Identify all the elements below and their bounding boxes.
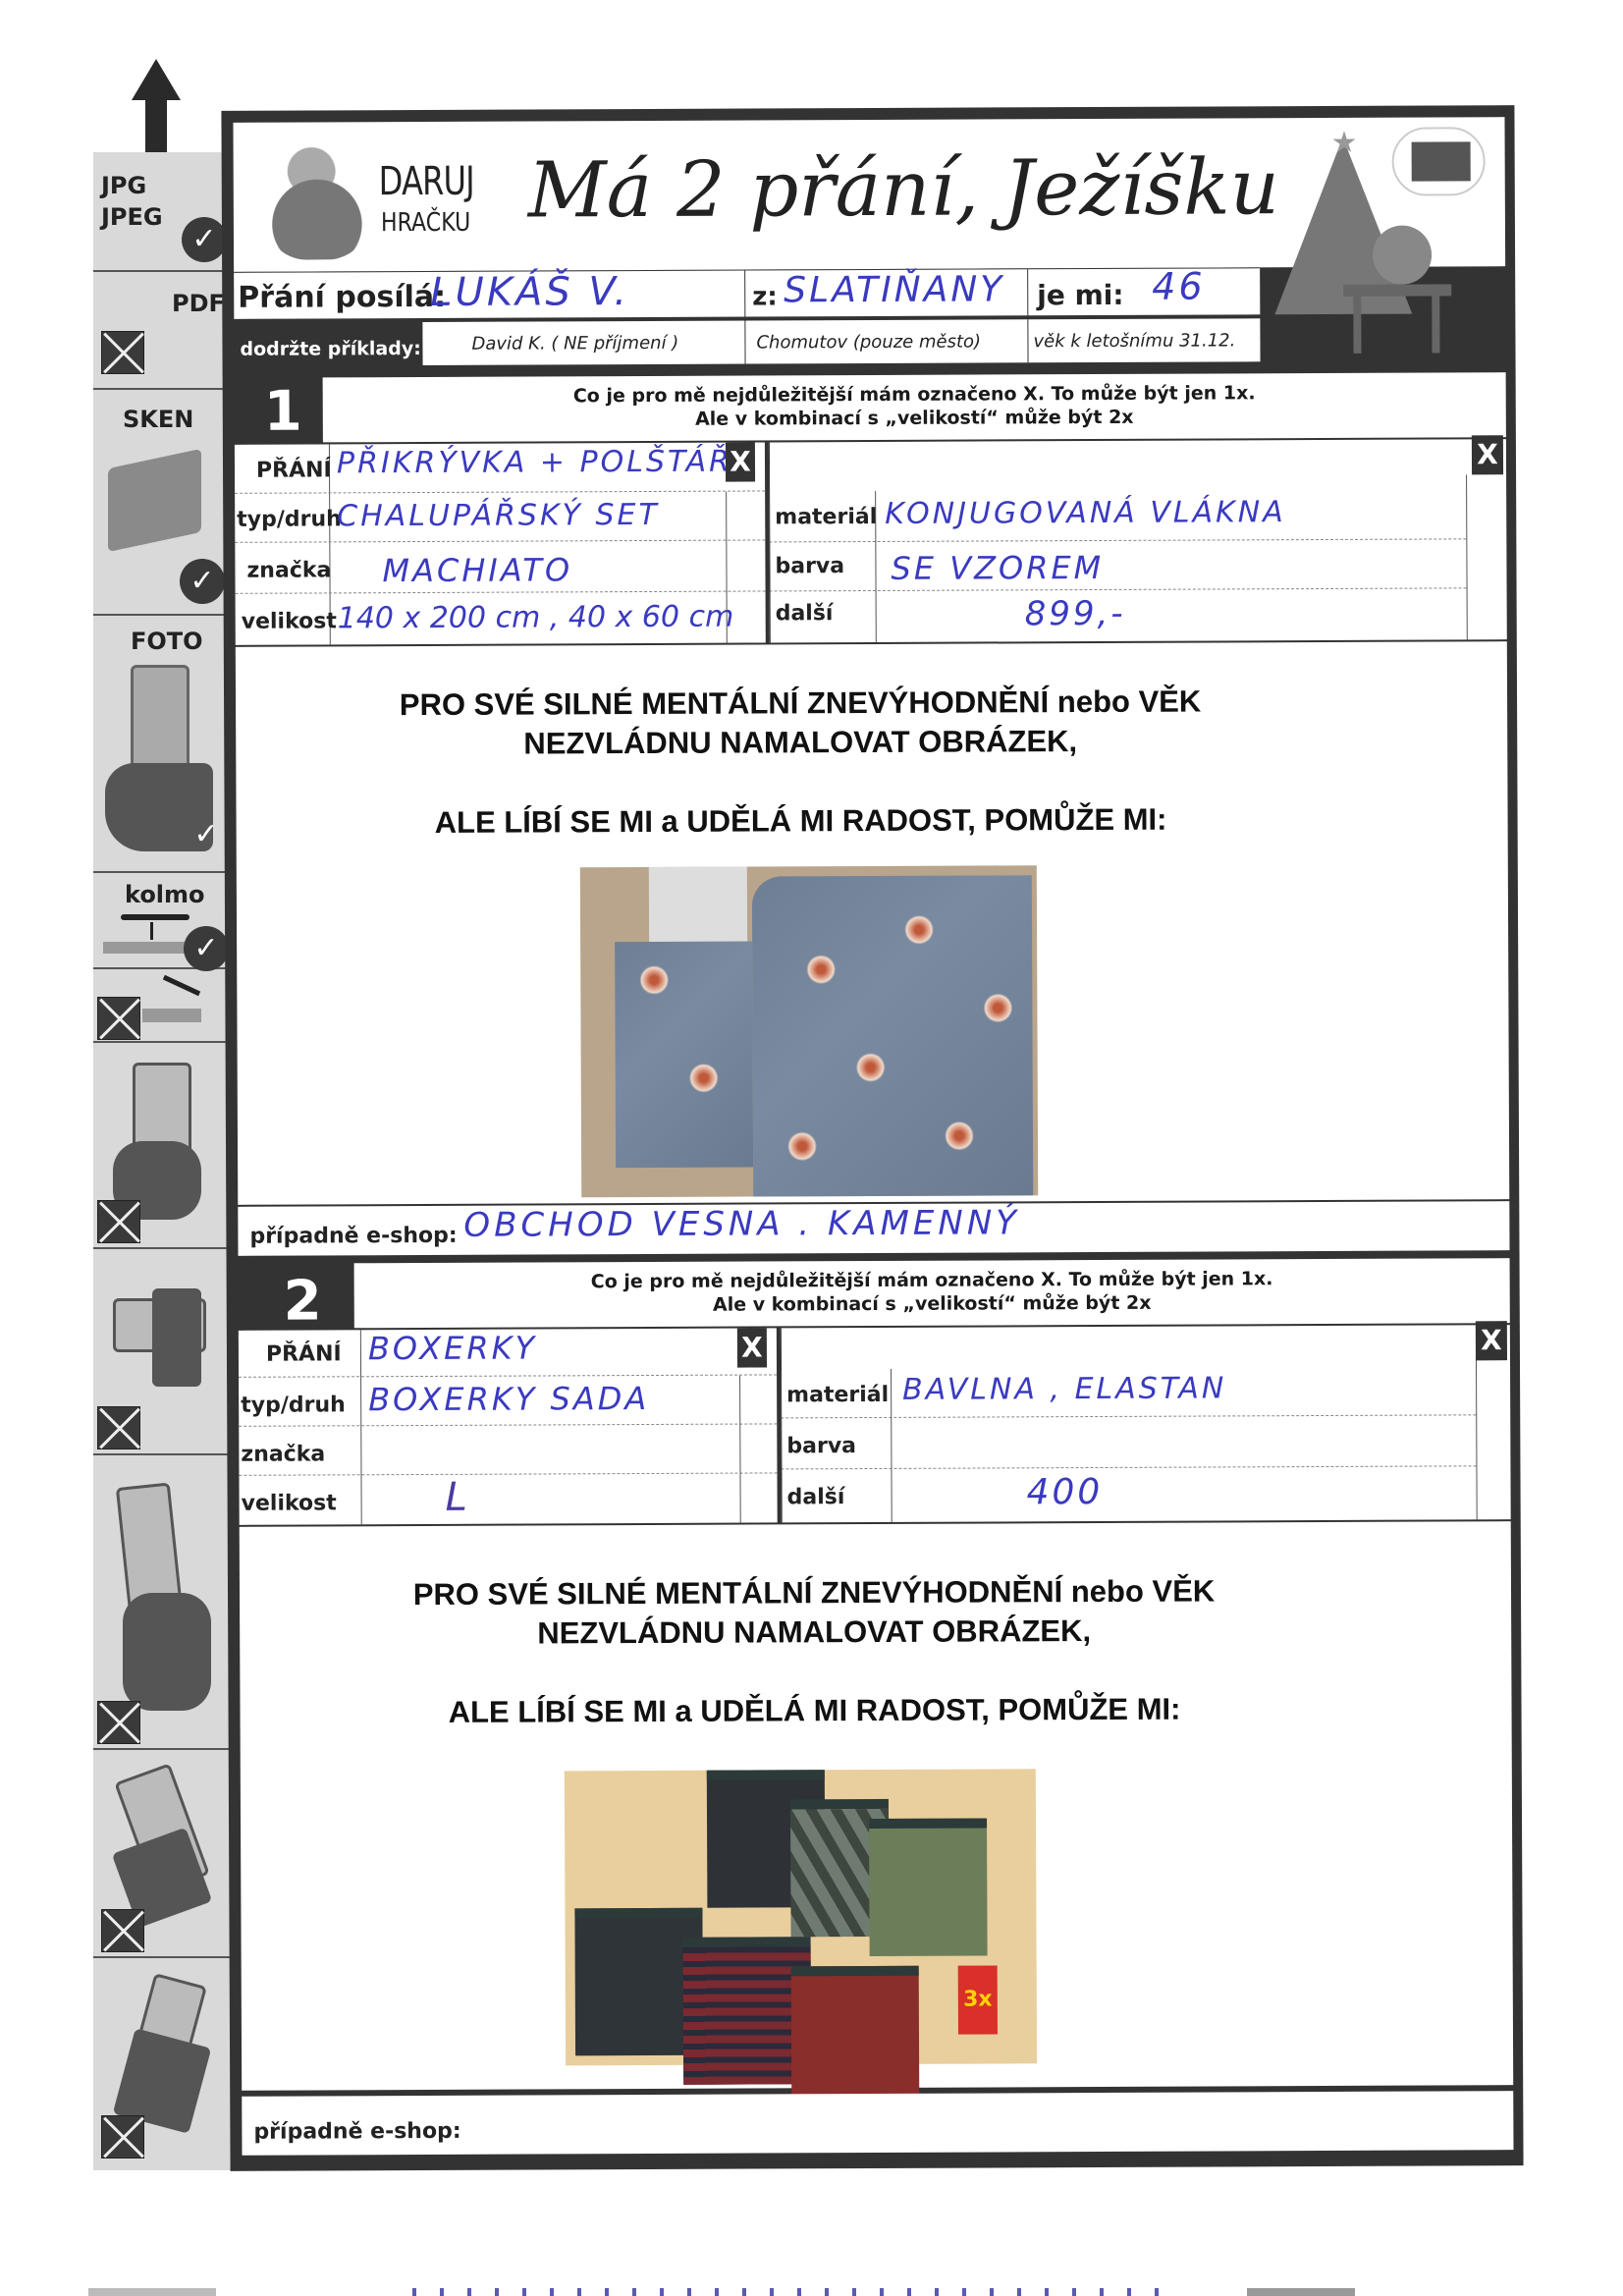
scanner-icon <box>108 449 201 552</box>
hand-icon <box>152 1288 201 1387</box>
sidebar-sken: SKEN ✓ <box>93 390 236 616</box>
up-arrow-icon <box>132 59 181 100</box>
wish-1: 1 Co je pro mě nejdůležitější mám označe… <box>223 370 1520 1260</box>
page-title: Má 2 přání, Ježíšku <box>528 143 1279 235</box>
dalsi-label: další <box>776 601 834 626</box>
sender-name-field[interactable]: LUKÁŠ V. <box>430 269 629 315</box>
wish-table-left: PŘÁNÍ BOXERKY typ/druh BOXERKY SADA znač… <box>239 1328 778 1524</box>
wish-number: 1 <box>264 380 302 444</box>
header-area: DARUJ HRAČKU Má 2 přání, Ježíšku ★ <box>233 117 1505 272</box>
wish-2-image-area: PRO SVÉ SILNÉ MENTÁLNÍ ZNEVÝHODNĚNÍ nebo… <box>240 1521 1513 2091</box>
velikost-label: velikost <box>242 609 337 633</box>
typ-field[interactable]: BOXERKY SADA <box>368 1380 649 1418</box>
logo-daruj: DARUJ <box>379 159 474 204</box>
star-icon: ★ <box>1331 126 1358 160</box>
sidebar-tilted-3 <box>93 1958 236 2170</box>
row-dalsi: další 899,- <box>770 588 1467 642</box>
statement: PRO SVÉ SILNÉ MENTÁLNÍ ZNEVÝHODNĚNÍ nebo… <box>249 1571 1380 1733</box>
eshop-label: případně e-shop: <box>253 2119 460 2145</box>
row-znacka: značka MACHIATO <box>235 540 765 593</box>
example-name: David K. ( NE příjmení ) <box>471 333 678 355</box>
child-icon <box>1373 226 1432 285</box>
christmas-tree-illustration: ★ <box>1264 117 1505 363</box>
instruction-line2: Ale v kombinací s „velikostí“ může být 2… <box>323 404 1506 432</box>
sidebar-tilted-1 <box>93 1455 236 1750</box>
desk-leg <box>1353 295 1361 354</box>
quantity-badge: 3x <box>958 1965 998 2034</box>
cross-icon <box>101 331 144 374</box>
prani-label: PŘÁNÍ <box>256 458 332 482</box>
instruction-line2: Ale v kombinací s „velikostí“ může být 2… <box>354 1289 1510 1318</box>
sidebar-kolmo: kolmo ✓ <box>93 873 236 969</box>
statement-line1: PRO SVÉ SILNÉ MENTÁLNÍ ZNEVÝHODNĚNÍ nebo… <box>236 682 1365 726</box>
cross-icon <box>97 997 140 1040</box>
hand-icon <box>123 1593 211 1711</box>
statement-line2: NEZVLÁDNU NAMALOVAT OBRÁZEK, <box>236 721 1365 765</box>
check-icon: ✓ <box>182 217 227 262</box>
priority-x-left[interactable]: X <box>737 1328 767 1367</box>
row-barva: barva SE VZOREM <box>769 539 1466 591</box>
statement-line2: NEZVLÁDNU NAMALOVAT OBRÁZEK, <box>249 1611 1379 1655</box>
statement-line3: ALE LÍBÍ SE MI a UDĚLÁ MI RADOST, POMŮŽE… <box>237 799 1366 844</box>
sidebar-pdf: PDF <box>93 272 236 390</box>
velikost-label: velikost <box>242 1491 337 1515</box>
statement-line3: ALE LÍBÍ SE MI a UDĚLÁ MI RADOST, POMŮŽE… <box>249 1689 1379 1733</box>
white-pillow <box>649 867 747 946</box>
wish-instruction: Co je pro mě nejdůležitější mám označeno… <box>354 1258 1510 1328</box>
divider <box>1027 319 1028 362</box>
divider <box>1027 269 1028 316</box>
statement: PRO SVÉ SILNÉ MENTÁLNÍ ZNEVÝHODNĚNÍ nebo… <box>236 682 1366 844</box>
flower <box>787 1131 817 1161</box>
cross-icon <box>101 1909 144 1952</box>
check-icon: ✓ <box>180 559 225 604</box>
up-arrow-stem <box>145 98 167 159</box>
typ-label: typ/druh <box>241 1393 346 1417</box>
eshop-field[interactable]: OBCHOD VESNA . KAMENNÝ <box>463 1203 1020 1244</box>
flower <box>689 1064 719 1093</box>
examples-row: dodržte příklady: David K. ( NE příjmení… <box>234 316 1260 372</box>
logo-hracku: HRAČKU <box>381 208 470 238</box>
row-znacka: značka <box>239 1424 777 1475</box>
city-field[interactable]: SLATIŇANY <box>784 269 1004 310</box>
check-icon: ✓ <box>184 812 229 857</box>
znacka-field[interactable]: MACHIATO <box>382 551 572 589</box>
duvet-photo <box>580 865 1038 1197</box>
cross-icon <box>101 2115 144 2159</box>
flower <box>945 1121 974 1151</box>
age-field[interactable]: 46 <box>1152 265 1206 308</box>
wish-number: 2 <box>284 1269 322 1333</box>
dalsi-field[interactable]: 899,- <box>1025 594 1126 633</box>
flower <box>904 915 934 945</box>
format-sidebar: JPG JPEG ✓ PDF SKEN ✓ FOTO ✓ kolmo ✓ <box>93 152 236 2170</box>
boxers-photo: 3x <box>565 1769 1037 2065</box>
row-prani: PŘÁNÍ BOXERKY <box>239 1328 777 1377</box>
boxer-green <box>869 1818 988 1956</box>
typ-label: typ/druh <box>237 507 342 531</box>
priority-x-right[interactable]: X <box>1476 1321 1507 1360</box>
row-barva: barva <box>781 1415 1476 1469</box>
example-age: věk k letošnímu 31.12. <box>1033 330 1235 352</box>
eshop-label: případně e-shop: <box>249 1224 457 1249</box>
barva-field[interactable]: SE VZOREM <box>891 549 1104 587</box>
down-arrow-icon <box>150 922 153 940</box>
angled-camera-icon <box>163 975 200 996</box>
santa-logo-icon <box>263 141 372 259</box>
floral-pillow <box>615 942 753 1169</box>
wish-table-left: PŘÁNÍ PŘIKRÝVKA + POLŠTÁŘ typ/druh CHALU… <box>235 442 766 644</box>
wish-instruction: Co je pro mě nejdůležitější mám označeno… <box>323 372 1506 442</box>
sender-row: Přání posílá: LUKÁŠ V. z: SLATIŇANY je m… <box>234 267 1260 319</box>
prani-field[interactable]: PŘIKRÝVKA + POLŠTÁŘ <box>337 445 732 481</box>
sidebar-landscape <box>93 1249 236 1455</box>
typ-field[interactable]: CHALUPÁŘSKÝ SET <box>337 498 660 533</box>
divider <box>744 271 745 318</box>
flower <box>806 955 836 984</box>
sidebar-tilted-2 <box>93 1750 236 1958</box>
flower <box>856 1053 886 1082</box>
divider <box>1476 1354 1478 1519</box>
statement-line1: PRO SVÉ SILNÉ MENTÁLNÍ ZNEVÝHODNĚNÍ nebo… <box>249 1571 1379 1615</box>
wish-1-image-area: PRO SVÉ SILNÉ MENTÁLNÍ ZNEVÝHODNĚNÍ nebo… <box>236 641 1509 1205</box>
velikost-field[interactable]: 140 x 200 cm , 40 x 60 cm <box>338 600 734 636</box>
cross-icon <box>97 1200 140 1243</box>
cross-icon <box>97 1406 140 1449</box>
row-velikost: velikost L <box>239 1473 777 1524</box>
material-field[interactable]: KONJUGOVANÁ VLÁKNA <box>885 495 1286 531</box>
wish-table-right: materiál BAVLNA , ELASTAN barva další 40… <box>781 1325 1511 1522</box>
wish-2-eshop-row: případně e-shop: <box>242 2091 1513 2156</box>
priority-x-left[interactable]: X <box>726 443 755 482</box>
velikost-field[interactable]: L <box>445 1475 469 1520</box>
desk-leg <box>1432 294 1439 353</box>
material-field[interactable]: BAVLNA , ELASTAN <box>902 1371 1226 1406</box>
prani-field[interactable]: BOXERKY <box>368 1329 537 1367</box>
scan-artifact <box>1247 2288 1355 2296</box>
wish-2: 2 Co je pro mě nejdůležitější mám označe… <box>227 1256 1524 2165</box>
row-dalsi: další 400 <box>781 1466 1476 1522</box>
row-velikost: velikost 140 x 200 cm , 40 x 60 cm <box>236 591 766 644</box>
row-material: materiál BAVLNA , ELASTAN <box>781 1366 1476 1418</box>
divider <box>1466 474 1468 639</box>
barva-label: barva <box>775 554 844 578</box>
check-icon: ✓ <box>184 926 229 971</box>
sidebar-foto: FOTO ✓ <box>93 616 236 873</box>
cross-icon <box>97 1701 140 1744</box>
wish-1-eshop-row: případně e-shop: OBCHOD VESNA . KAMENNÝ <box>238 1201 1509 1256</box>
material-label: materiál <box>775 505 877 529</box>
prani-label: PŘÁNÍ <box>266 1341 342 1366</box>
scan-artifact <box>412 2288 1159 2296</box>
wish-table-right: materiál KONJUGOVANÁ VLÁKNA barva SE VZO… <box>769 439 1507 642</box>
sidebar-jpg: JPG JPEG ✓ <box>93 152 236 272</box>
dalsi-label: další <box>787 1485 845 1509</box>
sidebar-angled <box>93 969 236 1043</box>
examples-box: David K. ( NE příjmení ) Chomutov (pouze… <box>422 318 1260 365</box>
examples-label: dodržte příklady: <box>240 338 420 360</box>
flower <box>639 965 669 995</box>
row-prani: PŘÁNÍ PŘIKRÝVKA + POLŠTÁŘ <box>235 442 765 493</box>
znacka-label: značka <box>241 1442 325 1466</box>
row-typ: typ/druh BOXERKY SADA <box>239 1375 777 1426</box>
row-material: materiál KONJUGOVANÁ VLÁKNA <box>769 488 1466 542</box>
camera-bar-icon <box>121 914 189 920</box>
sender-label: Přání posílá: <box>238 280 446 315</box>
from-label: z: <box>752 282 778 311</box>
divider <box>744 321 745 364</box>
priority-x-right[interactable]: X <box>1472 435 1503 474</box>
sidebar-phone-photo <box>93 1043 236 1249</box>
wish-form: DARUJ HRAČKU Má 2 přání, Ježíšku ★ Přání… <box>221 105 1523 2171</box>
scan-artifact <box>88 2288 216 2296</box>
age-label: je mi: <box>1037 279 1123 311</box>
flower <box>983 993 1012 1022</box>
example-city: Chomutov (pouze město) <box>756 332 981 354</box>
dalsi-field[interactable]: 400 <box>1026 1472 1103 1512</box>
row-typ: typ/druh CHALUPÁŘSKÝ SET <box>235 491 765 542</box>
gifts-icon <box>1412 141 1471 181</box>
znacka-label: značka <box>246 558 331 582</box>
barva-label: barva <box>786 1434 856 1458</box>
material-label: materiál <box>786 1383 889 1407</box>
boxer-red <box>791 1966 920 2114</box>
document-icon <box>142 1009 201 1022</box>
